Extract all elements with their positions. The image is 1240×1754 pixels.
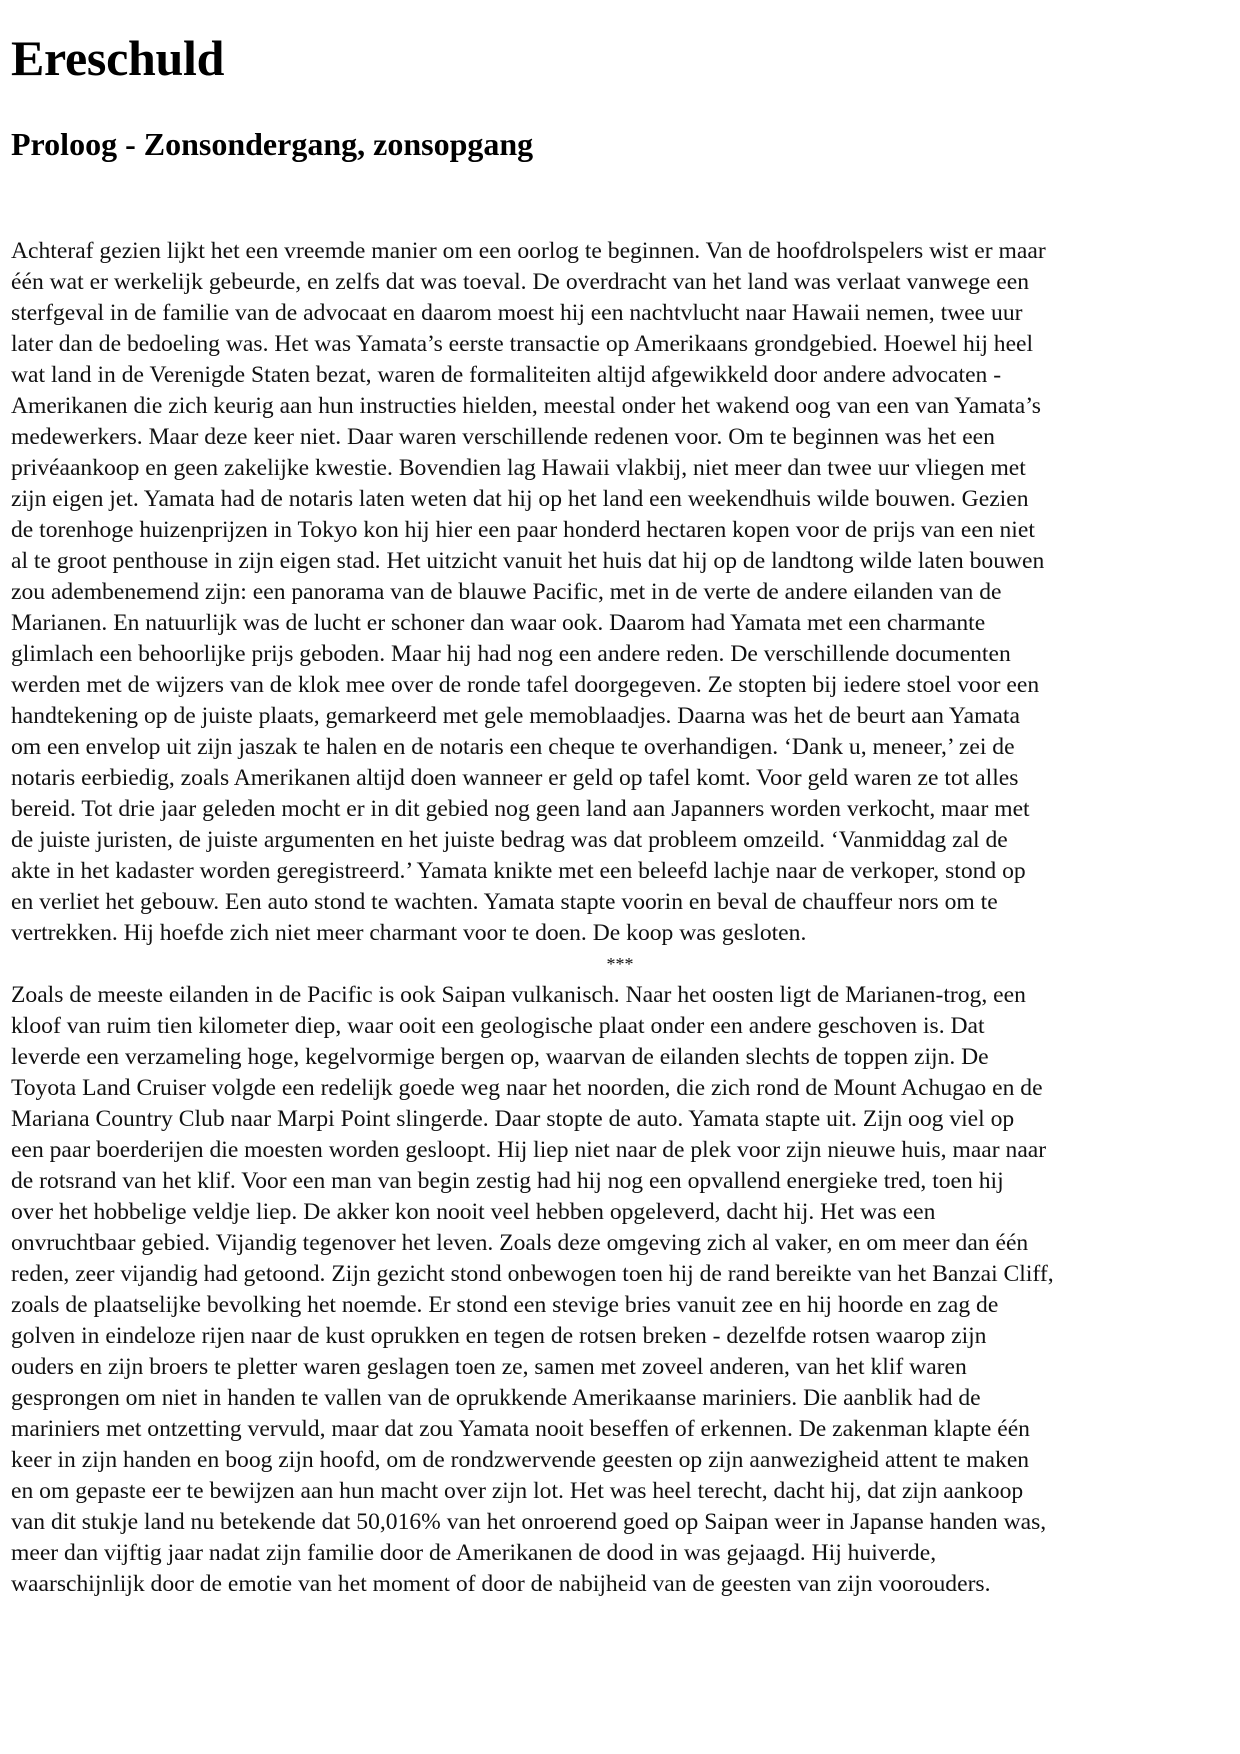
text-line: mariniers met ontzetting vervuld, maar d…: [11, 1414, 1236, 1445]
text-line: Amerikanen die zich keurig aan hun instr…: [11, 391, 1236, 422]
section-2: Zoals de meeste eilanden in de Pacific i…: [11, 980, 1236, 1600]
text-line: sterfgeval in de familie van de advocaat…: [11, 298, 1236, 329]
text-line: kloof van ruim tien kilometer diep, waar…: [11, 1011, 1236, 1042]
text-line: Zoals de meeste eilanden in de Pacific i…: [11, 980, 1236, 1011]
text-line: zijn eigen jet. Yamata had de notaris la…: [11, 484, 1236, 515]
text-line: van dit stukje land nu betekende dat 50,…: [11, 1507, 1236, 1538]
text-line: wat land in de Verenigde Staten bezat, w…: [11, 360, 1236, 391]
text-line: over het hobbelige veldje liep. De akker…: [11, 1197, 1236, 1228]
text-line: leverde een verzameling hoge, kegelvormi…: [11, 1042, 1236, 1073]
text-line: om een envelop uit zijn jaszak te halen …: [11, 732, 1236, 763]
text-line: en om gepaste eer te bewijzen aan hun ma…: [11, 1476, 1236, 1507]
text-line: handtekening op de juiste plaats, gemark…: [11, 701, 1236, 732]
text-line: keer in zijn handen en boog zijn hoofd, …: [11, 1445, 1236, 1476]
text-line: een paar boerderijen die moesten worden …: [11, 1135, 1236, 1166]
text-line: de torenhoge huizenprijzen in Tokyo kon …: [11, 515, 1236, 546]
document-title: Ereschuld: [11, 28, 224, 88]
text-line: vertrekken. Hij hoefde zich niet meer ch…: [11, 918, 1236, 949]
document-body: Achteraf gezien lijkt het een vreemde ma…: [11, 236, 1236, 1600]
text-line: reden, zeer vijandig had getoond. Zijn g…: [11, 1259, 1236, 1290]
text-line: ouders en zijn broers te pletter waren g…: [11, 1352, 1236, 1383]
text-line: Toyota Land Cruiser volgde een redelijk …: [11, 1073, 1236, 1104]
text-line: al te groot penthouse in zijn eigen stad…: [11, 546, 1236, 577]
text-line: meer dan vijftig jaar nadat zijn familie…: [11, 1538, 1236, 1569]
text-line: zou adembenemend zijn: een panorama van …: [11, 577, 1236, 608]
text-line: één wat er werkelijk gebeurde, en zelfs …: [11, 267, 1236, 298]
text-line: Mariana Country Club naar Marpi Point sl…: [11, 1104, 1236, 1135]
text-line: glimlach een behoorlijke prijs geboden. …: [11, 639, 1236, 670]
text-line: akte in het kadaster worden geregistreer…: [11, 856, 1236, 887]
section-separator: ***: [11, 949, 1229, 980]
text-line: Achteraf gezien lijkt het een vreemde ma…: [11, 236, 1236, 267]
text-line: de rotsrand van het klif. Voor een man v…: [11, 1166, 1236, 1197]
text-line: later dan de bedoeling was. Het was Yama…: [11, 329, 1236, 360]
text-line: notaris eerbiedig, zoals Amerikanen alti…: [11, 763, 1236, 794]
section-1: Achteraf gezien lijkt het een vreemde ma…: [11, 236, 1236, 949]
text-line: medewerkers. Maar deze keer niet. Daar w…: [11, 422, 1236, 453]
text-line: golven in eindeloze rijen naar de kust o…: [11, 1321, 1236, 1352]
text-line: zoals de plaatselijke bevolking het noem…: [11, 1290, 1236, 1321]
text-line: en verliet het gebouw. Een auto stond te…: [11, 887, 1236, 918]
text-line: privéaankoop en geen zakelijke kwestie. …: [11, 453, 1236, 484]
text-line: werden met de wijzers van de klok mee ov…: [11, 670, 1236, 701]
text-line: Marianen. En natuurlijk was de lucht er …: [11, 608, 1236, 639]
text-line: waarschijnlijk door de emotie van het mo…: [11, 1569, 1236, 1600]
text-line: de juiste juristen, de juiste argumenten…: [11, 825, 1236, 856]
chapter-title: Proloog - Zonsondergang, zonsopgang: [11, 124, 533, 164]
text-line: gesprongen om niet in handen te vallen v…: [11, 1383, 1236, 1414]
text-line: bereid. Tot drie jaar geleden mocht er i…: [11, 794, 1236, 825]
text-line: onvruchtbaar gebied. Vijandig tegenover …: [11, 1228, 1236, 1259]
